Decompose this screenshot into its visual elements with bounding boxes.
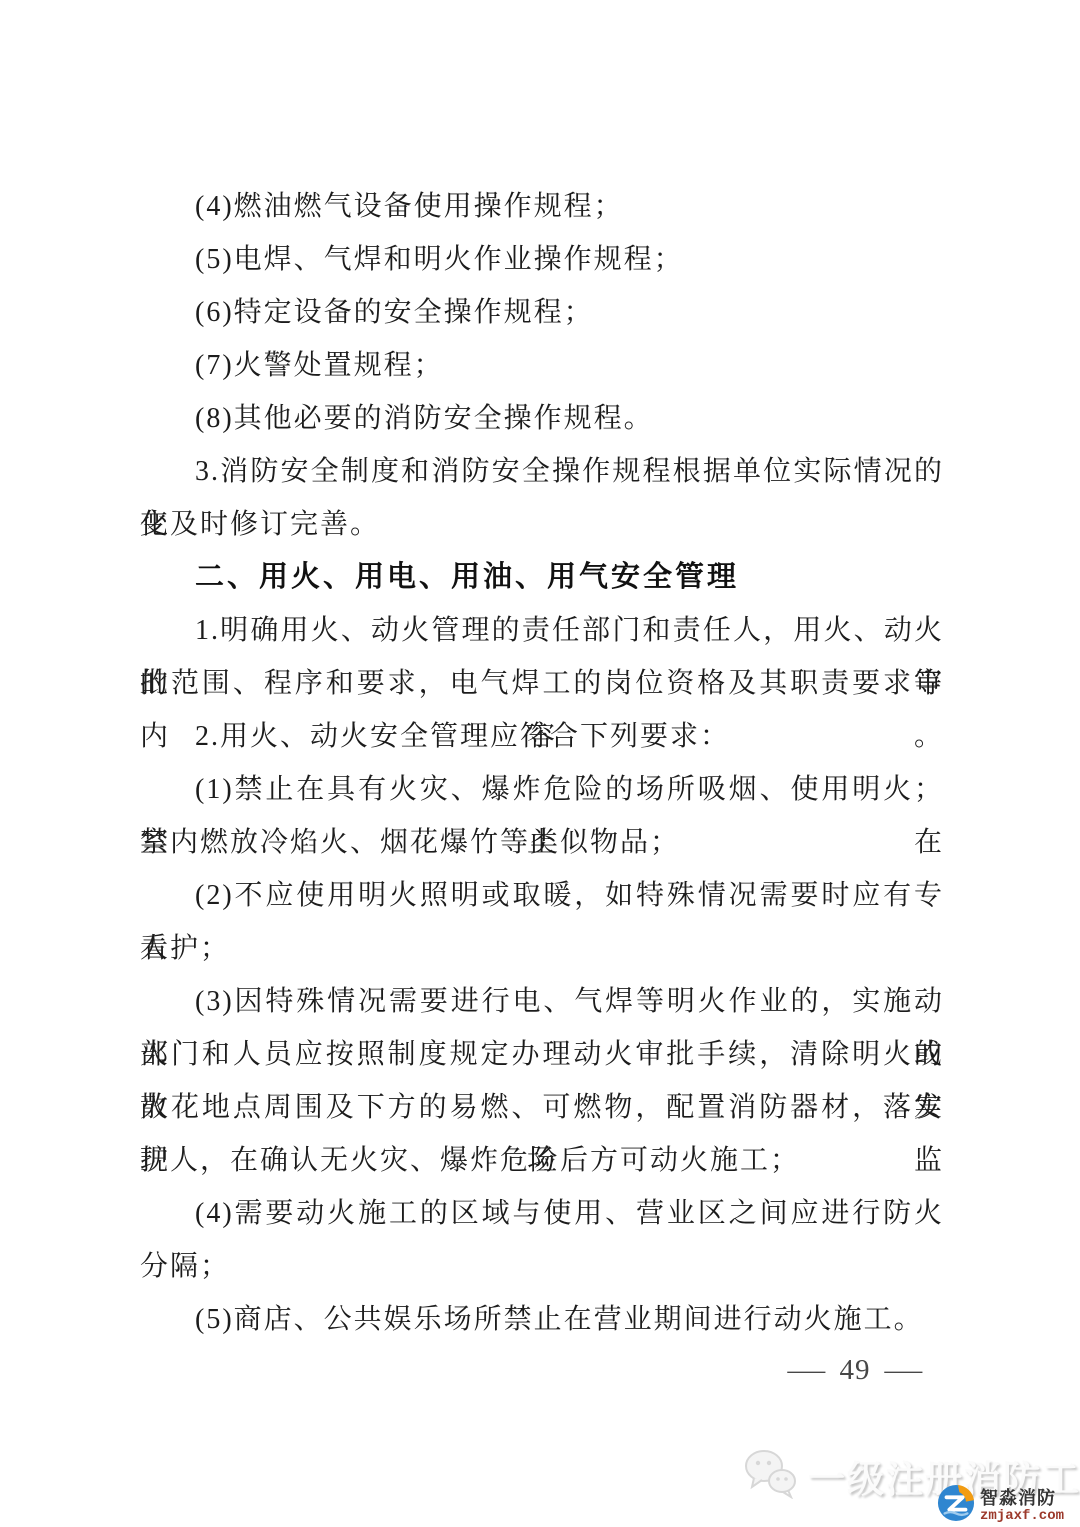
section-heading: 二、用火、用电、用油、用气安全管理 bbox=[140, 551, 944, 604]
text-line: (2)不应使用明火照明或取暖，如特殊情况需要时应有专人 bbox=[140, 869, 944, 922]
text-line: (7)火警处置规程； bbox=[140, 339, 944, 392]
text-line: (8)其他必要的消防安全操作规程。 bbox=[140, 392, 944, 445]
page-number-value: 49 bbox=[840, 1354, 871, 1387]
brand-domain: zmjaxf.com bbox=[980, 1509, 1064, 1523]
document-page: (4)燃油燃气设备使用操作规程； (5)电焊、气焊和明火作业操作规程； (6)特… bbox=[0, 0, 1080, 1527]
brand-name: 智淼消防 bbox=[980, 1489, 1064, 1507]
brand-text-block: 智淼消防 zmjaxf.com bbox=[980, 1489, 1064, 1523]
text-line: 火花地点周围及下方的易燃、可燃物，配置消防器材，落实现场监 bbox=[140, 1081, 944, 1134]
text-line: (4)需要动火施工的区域与使用、营业区之间应进行防火 bbox=[140, 1187, 944, 1240]
text-line: 化及时修订完善。 bbox=[140, 498, 944, 551]
text-line: 3.消防安全制度和消防安全操作规程根据单位实际情况的变 bbox=[140, 445, 944, 498]
text-line: (6)特定设备的安全操作规程； bbox=[140, 286, 944, 339]
text-line: (5)商店、公共娱乐场所禁止在营业期间进行动火施工。 bbox=[140, 1293, 944, 1346]
wechat-icon bbox=[742, 1447, 798, 1504]
text-line: (4)燃油燃气设备使用操作规程； bbox=[140, 180, 944, 233]
text-line: (3)因特殊情况需要进行电、气焊等明火作业的，实施动火的 bbox=[140, 975, 944, 1028]
page-number-dash-right: — bbox=[884, 1354, 923, 1387]
brand-logo: 智淼消防 zmjaxf.com bbox=[937, 1484, 1064, 1527]
text-line: 部门和人员应按照制度规定办理动火审批手续，清除明火或散发 bbox=[140, 1028, 944, 1081]
text-line: (1)禁止在具有火灾、爆炸危险的场所吸烟、使用明火；禁止在 bbox=[140, 763, 944, 816]
text-line: 分隔； bbox=[140, 1240, 944, 1293]
zhimiao-logo-icon bbox=[937, 1484, 975, 1527]
text-line: 批范围、程序和要求，电气焊工的岗位资格及其职责要求等内容。 bbox=[140, 657, 944, 710]
page-number: — 49 — bbox=[785, 1350, 925, 1390]
document-text-block: (4)燃油燃气设备使用操作规程； (5)电焊、气焊和明火作业操作规程； (6)特… bbox=[140, 180, 944, 1346]
text-line: (5)电焊、气焊和明火作业操作规程； bbox=[140, 233, 944, 286]
page-number-dash-left: — bbox=[787, 1354, 826, 1387]
text-line: 1.明确用火、动火管理的责任部门和责任人，用火、动火的审 bbox=[140, 604, 944, 657]
text-line: 看护； bbox=[140, 922, 944, 975]
